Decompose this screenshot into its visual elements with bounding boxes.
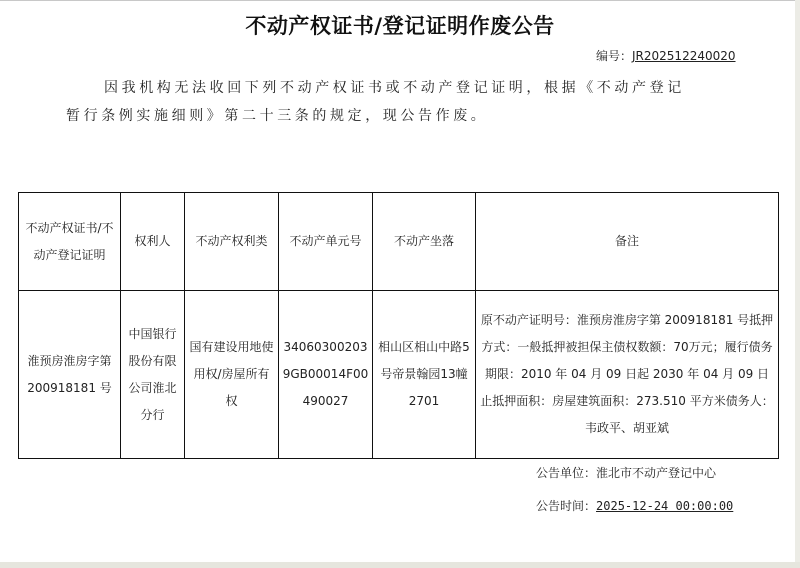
header-remark: 备注 bbox=[476, 193, 779, 291]
table-row: 淮预房淮房字第 200918181 号 中国银行股份有限公司淮北分行 国有建设用… bbox=[19, 291, 779, 459]
serial-value: JR202512240020 bbox=[632, 49, 736, 63]
header-certificate: 不动产权证书/不动产登记证明 bbox=[19, 193, 121, 291]
window-edge-right bbox=[795, 0, 800, 568]
cell-right-holder: 中国银行股份有限公司淮北分行 bbox=[121, 291, 185, 459]
cell-certificate: 淮预房淮房字第 200918181 号 bbox=[19, 291, 121, 459]
intro-line-2: 暂行条例实施细则》第二十三条的规定，现公告作废。 bbox=[66, 108, 488, 124]
issuing-unit: 公告单位：淮北市不动产登记中心 bbox=[536, 464, 716, 481]
window-edge-bottom bbox=[0, 562, 800, 568]
unit-label: 公告单位： bbox=[536, 466, 596, 480]
void-certificates-table: 不动产权证书/不动产登记证明 权利人 不动产权利类 不动产单元号 不动产坐落 备… bbox=[18, 192, 779, 459]
notice-page: 不动产权证书/登记证明作废公告 编号：JR202512240020 因我机构无法… bbox=[0, 0, 795, 563]
unit-value: 淮北市不动产登记中心 bbox=[596, 466, 716, 480]
table-header-row: 不动产权证书/不动产登记证明 权利人 不动产权利类 不动产单元号 不动产坐落 备… bbox=[19, 193, 779, 291]
header-unit-number: 不动产单元号 bbox=[279, 193, 373, 291]
cell-right-type: 国有建设用地使用权/房屋所有权 bbox=[185, 291, 279, 459]
time-value: 2025-12-24 00:00:00 bbox=[596, 499, 733, 513]
serial-label: 编号： bbox=[596, 49, 632, 63]
header-right-type: 不动产权利类 bbox=[185, 193, 279, 291]
cell-location: 相山区相山中路5号帝景翰园13幢 2701 bbox=[373, 291, 476, 459]
time-label: 公告时间： bbox=[536, 499, 596, 513]
announcement-time: 公告时间：2025-12-24 00:00:00 bbox=[536, 497, 733, 514]
intro-line-1: 因我机构无法收回下列不动产权证书或不动产登记证明，根据《不动产登记 bbox=[104, 80, 685, 96]
serial-number: 编号：JR202512240020 bbox=[596, 47, 736, 64]
intro-paragraph: 因我机构无法收回下列不动产权证书或不动产登记证明，根据《不动产登记 暂行条例实施… bbox=[66, 74, 736, 130]
header-right-holder: 权利人 bbox=[121, 193, 185, 291]
cell-remark: 原不动产证明号：淮预房淮房字第 200918181 号抵押方式：一般抵押被担保主… bbox=[476, 291, 779, 459]
cell-unit-number: 340603002039GB00014F00490027 bbox=[279, 291, 373, 459]
page-title: 不动产权证书/登记证明作废公告 bbox=[0, 10, 800, 40]
header-location: 不动产坐落 bbox=[373, 193, 476, 291]
